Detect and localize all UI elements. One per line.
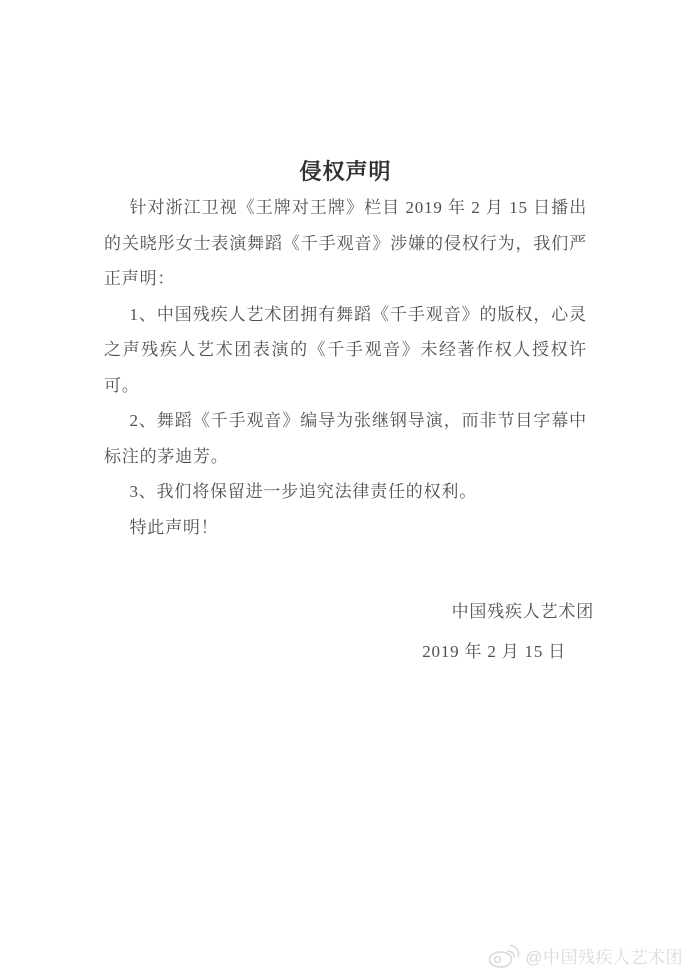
paragraph-item-2: 2、舞蹈《千手观音》编导为张继钢导演，而非节目字幕中标注的茅迪芳。 <box>104 403 587 474</box>
signature: 中国残疾人艺术团 <box>104 598 594 626</box>
paragraph-item-3: 3、我们将保留进一步追究法律责任的权利。 <box>104 474 587 510</box>
page-title: 侵权声明 <box>104 158 587 185</box>
paragraph-closing: 特此声明！ <box>104 510 587 546</box>
watermark: @中国残疾人艺术团 <box>488 942 683 969</box>
document-body: 针对浙江卫视《王牌对王牌》栏目 2019 年 2 月 15 日播出的关晓彤女士表… <box>104 190 587 545</box>
date-line: 2019 年 2 月 15 日 <box>104 638 594 666</box>
paragraph-intro: 针对浙江卫视《王牌对王牌》栏目 2019 年 2 月 15 日播出的关晓彤女士表… <box>104 190 587 297</box>
weibo-icon <box>488 942 520 969</box>
document-page: 侵权声明 针对浙江卫视《王牌对王牌》栏目 2019 年 2 月 15 日播出的关… <box>0 0 690 976</box>
watermark-text: @中国残疾人艺术团 <box>525 943 683 968</box>
paragraph-item-1: 1、中国残疾人艺术团拥有舞蹈《千手观音》的版权，心灵之声残疾人艺术团表演的《千手… <box>104 297 587 404</box>
